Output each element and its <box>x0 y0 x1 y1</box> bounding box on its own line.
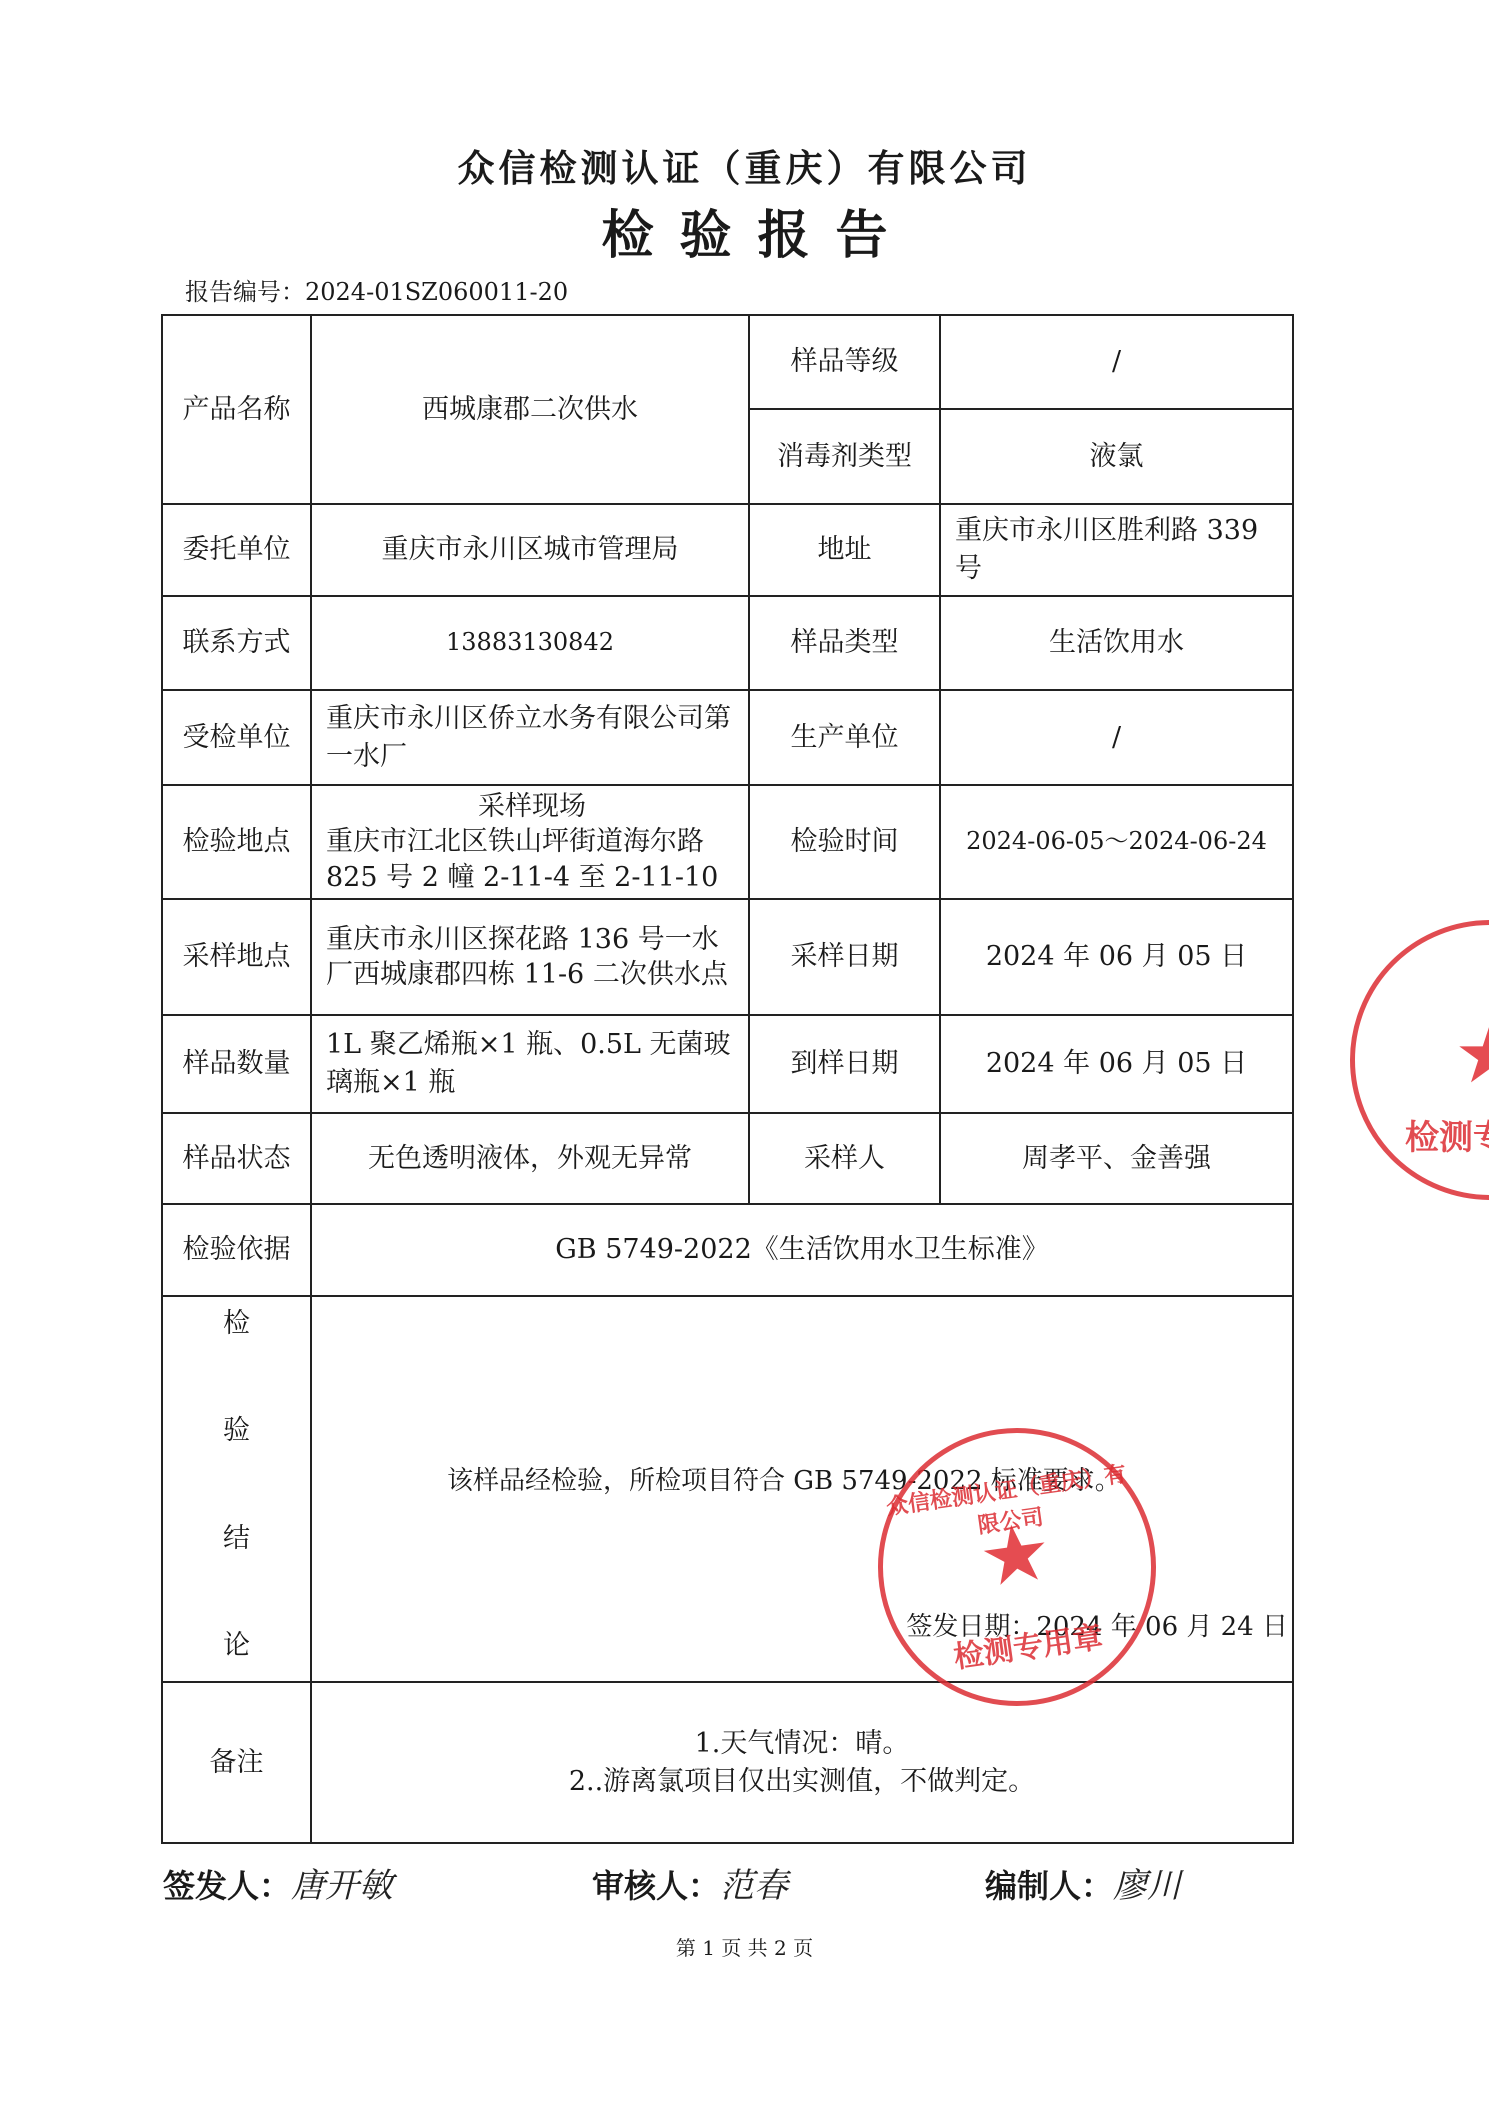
sample-grade-value: / <box>940 315 1293 409</box>
report-number: 报告编号：2024-01SZ060011-20 <box>185 272 568 307</box>
inspected-unit-value: 重庆市永川区侨立水务有限公司第一水厂 <box>311 690 749 785</box>
product-name-label: 产品名称 <box>162 315 311 504</box>
sample-grade-label: 样品等级 <box>749 315 940 409</box>
sample-state-value: 无色透明液体，外观无异常 <box>311 1113 749 1204</box>
sample-type-value: 生活饮用水 <box>940 596 1293 690</box>
sampling-date-value: 2024 年 06 月 05 日 <box>940 899 1293 1015</box>
sample-state-label: 样品状态 <box>162 1113 311 1204</box>
test-time-value: 2024-06-05～2024-06-24 <box>940 785 1293 899</box>
sampler-label: 采样人 <box>749 1113 940 1204</box>
producer-value: / <box>940 690 1293 785</box>
contact-value: 13883130842 <box>311 596 749 690</box>
client-value: 重庆市永川区城市管理局 <box>311 504 749 596</box>
arrival-date-value: 2024 年 06 月 05 日 <box>940 1015 1293 1113</box>
conclusion-label-char: 论 <box>223 1627 250 1665</box>
remark-line: 2..游离氯项目仅出实测值，不做判定。 <box>322 1763 1282 1801</box>
test-location-line2: 重庆市江北区铁山坪街道海尔路 825 号 2 幢 2-11-4 至 2-11-1… <box>326 824 738 894</box>
test-location-label: 检验地点 <box>162 785 311 899</box>
reviewer-label: 审核人： <box>592 1867 720 1905</box>
report-number-label: 报告编号： <box>185 278 305 306</box>
test-location-line1: 采样现场 <box>326 789 738 824</box>
sample-qty-value: 1L 聚乙烯瓶×1 瓶、0.5L 无菌玻璃瓶×1 瓶 <box>311 1015 749 1113</box>
remarks-label: 备注 <box>162 1682 311 1843</box>
conclusion-label: 检 验 结 论 <box>162 1296 311 1682</box>
reviewer-signature: 审核人：范春 <box>592 1858 788 1907</box>
issuer-signature: 签发人：唐开敏 <box>163 1858 393 1907</box>
basis-label: 检验依据 <box>162 1204 311 1296</box>
sampling-site-value: 重庆市永川区探花路 136 号一水厂西城康郡四栋 11-6 二次供水点 <box>311 899 749 1015</box>
inspected-unit-label: 受检单位 <box>162 690 311 785</box>
report-title: 检验报告 <box>0 193 1489 268</box>
edge-stamp: ★ 检测专用章 <box>1350 920 1489 1200</box>
company-name: 众信检测认证（重庆）有限公司 <box>0 138 1489 192</box>
conclusion-label-char: 检 <box>223 1305 250 1343</box>
disinfectant-label: 消毒剂类型 <box>749 409 940 504</box>
edge-stamp-bottom-text: 检测专用章 <box>1355 1110 1489 1159</box>
product-name-value: 西城康郡二次供水 <box>311 315 749 504</box>
sampler-value: 周孝平、金善强 <box>940 1113 1293 1204</box>
reviewer-sign: 范春 <box>720 1866 788 1906</box>
conclusion-label-char: 结 <box>223 1520 250 1558</box>
issuer-sign: 唐开敏 <box>291 1866 393 1906</box>
client-label: 委托单位 <box>162 504 311 596</box>
star-icon: ★ <box>1355 1015 1489 1095</box>
sampling-date-label: 采样日期 <box>749 899 940 1015</box>
basis-value: GB 5749-2022《生活饮用水卫生标准》 <box>311 1204 1293 1296</box>
remarks-cell: 1.天气情况：晴。 2..游离氯项目仅出实测值，不做判定。 <box>311 1682 1293 1843</box>
conclusion-label-char: 验 <box>223 1412 250 1450</box>
test-time-label: 检验时间 <box>749 785 940 899</box>
contact-label: 联系方式 <box>162 596 311 690</box>
disinfectant-value: 液氯 <box>940 409 1293 504</box>
editor-signature: 编制人：廖川 <box>985 1858 1181 1907</box>
arrival-date-label: 到样日期 <box>749 1015 940 1113</box>
report-number-value: 2024-01SZ060011-20 <box>305 278 568 306</box>
sample-type-label: 样品类型 <box>749 596 940 690</box>
page-number: 第 1 页 共 2 页 <box>0 1932 1489 1961</box>
issuer-label: 签发人： <box>163 1867 291 1905</box>
editor-label: 编制人： <box>985 1867 1113 1905</box>
address-label: 地址 <box>749 504 940 596</box>
sample-qty-label: 样品数量 <box>162 1015 311 1113</box>
address-value: 重庆市永川区胜利路 339 号 <box>940 504 1293 596</box>
producer-label: 生产单位 <box>749 690 940 785</box>
test-location-value: 采样现场 重庆市江北区铁山坪街道海尔路 825 号 2 幢 2-11-4 至 2… <box>311 785 749 899</box>
sampling-site-label: 采样地点 <box>162 899 311 1015</box>
editor-sign: 廖川 <box>1113 1866 1181 1906</box>
remark-line: 1.天气情况：晴。 <box>322 1725 1282 1763</box>
